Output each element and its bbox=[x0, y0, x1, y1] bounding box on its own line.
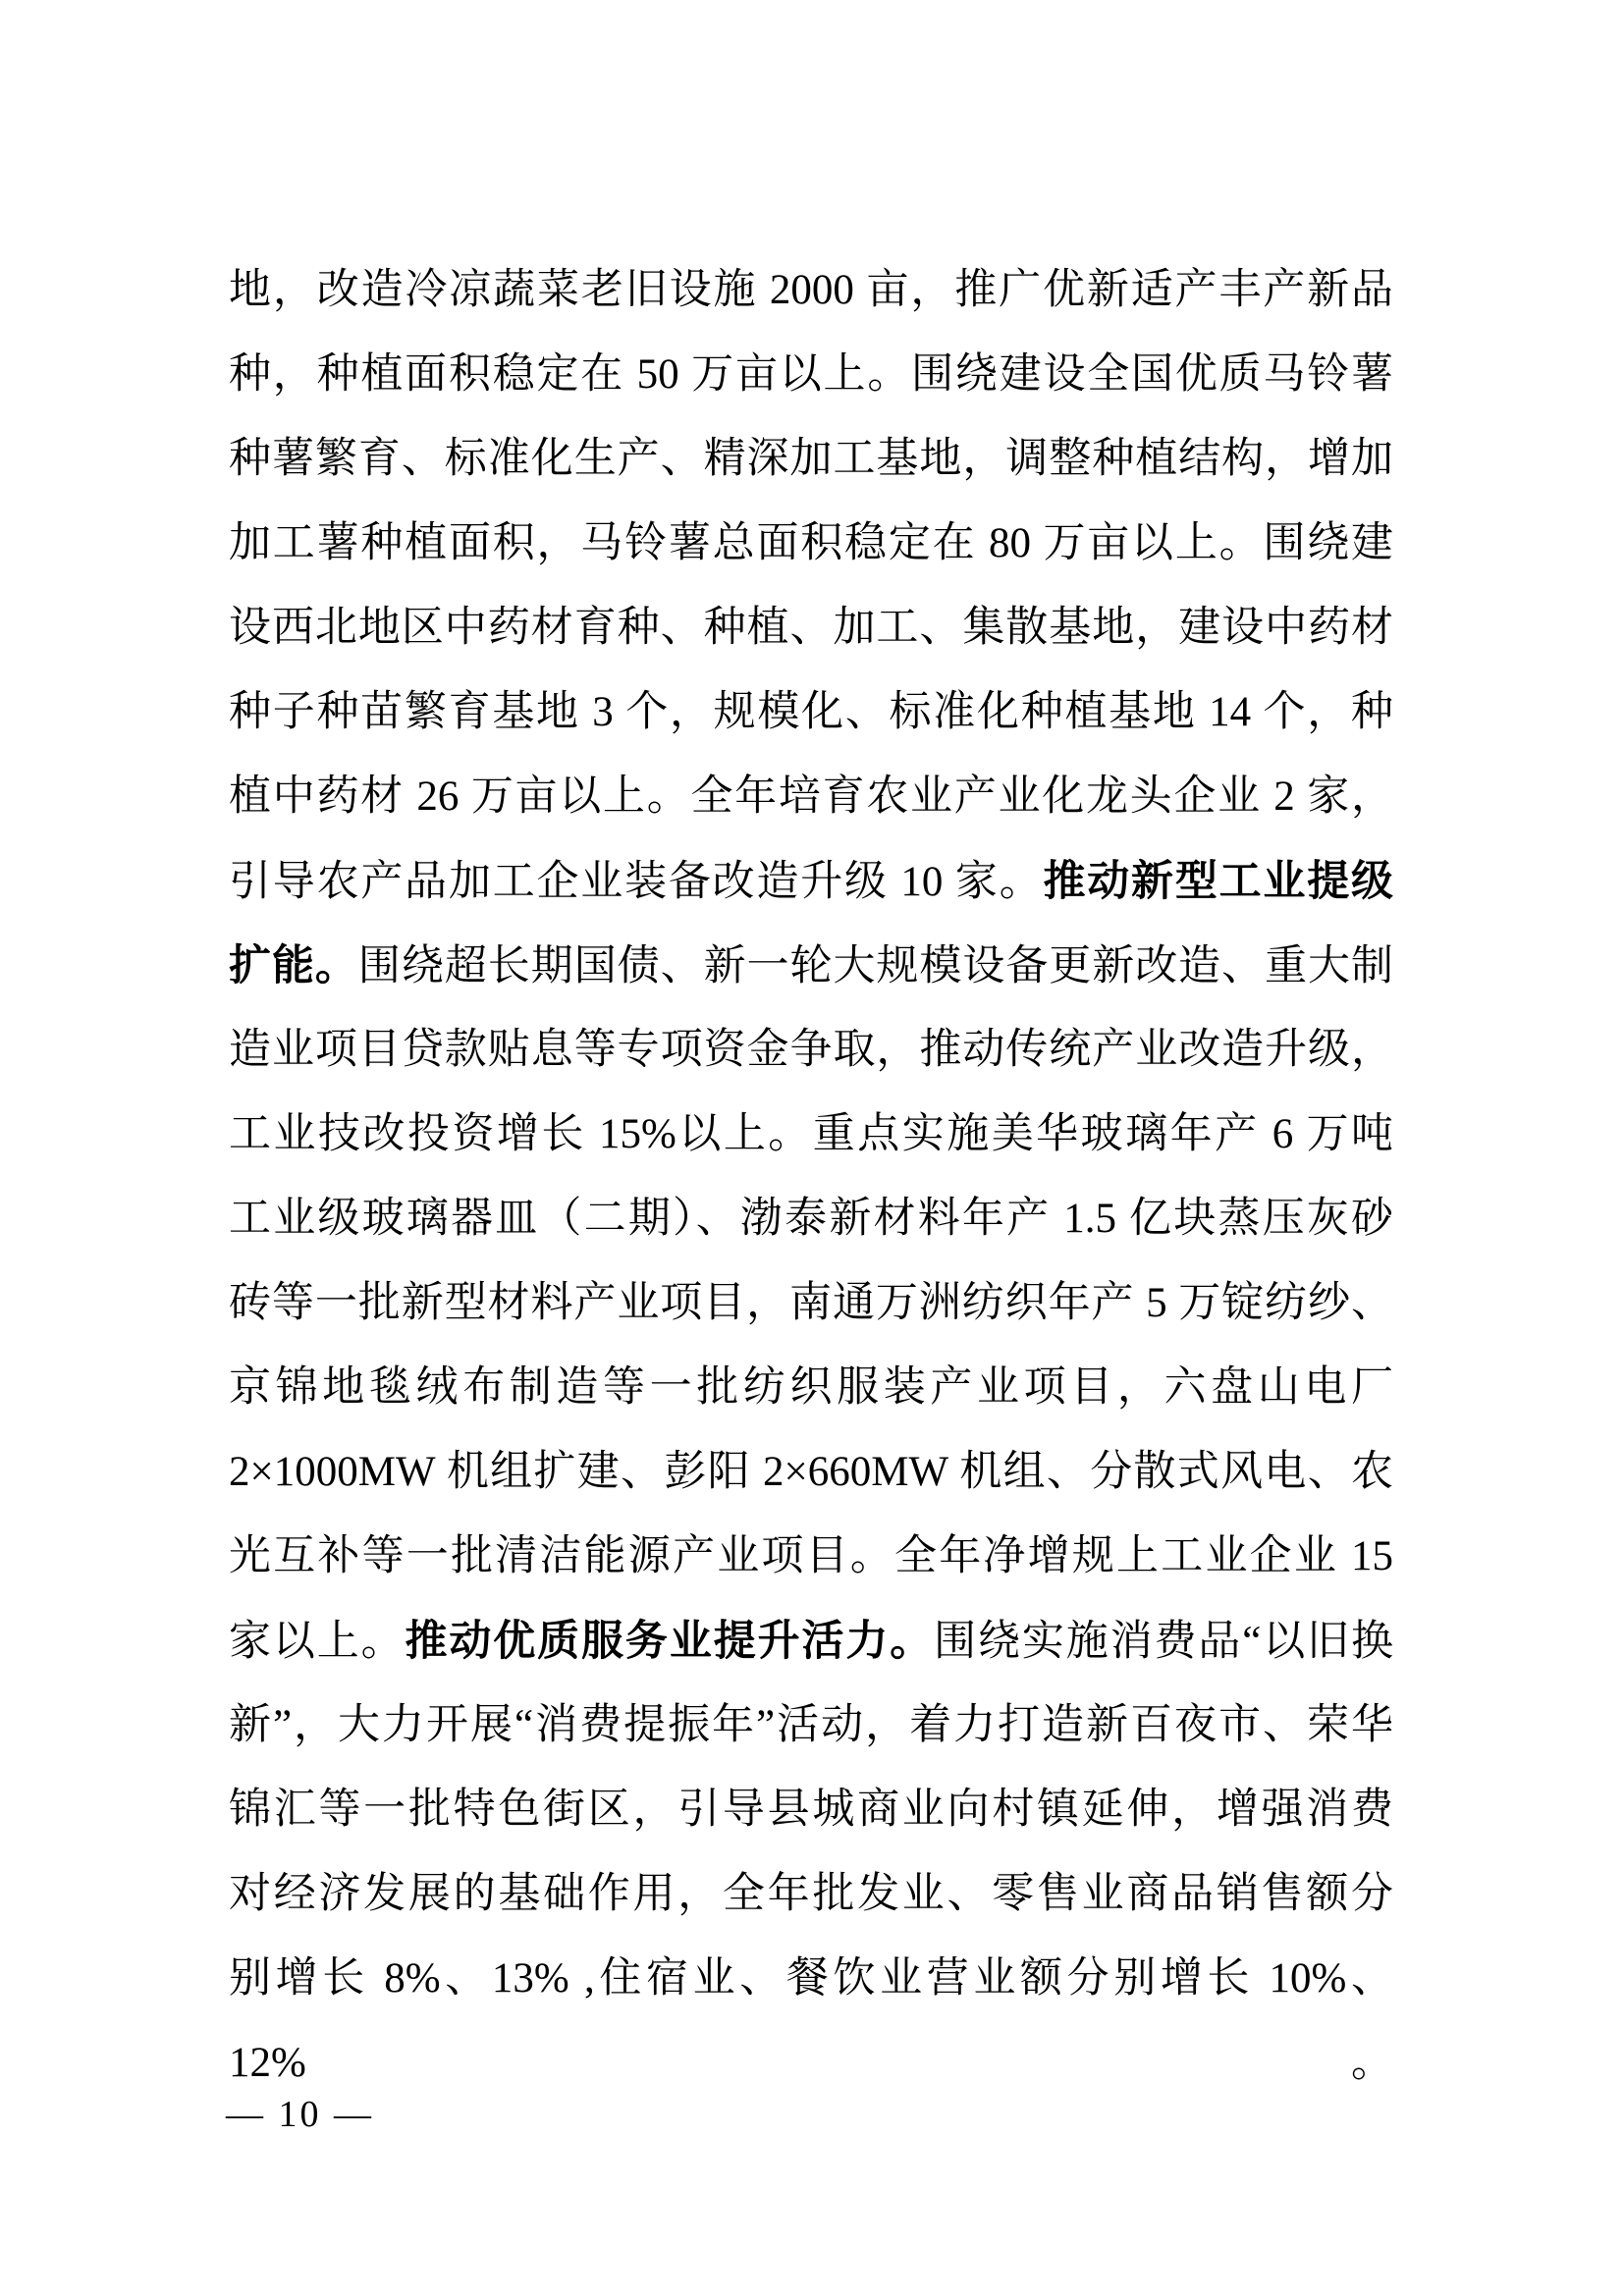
text-run: 种薯繁育、标准化生产、精深加工基地，调整种植结构，增加 bbox=[229, 436, 1393, 482]
text-run: 地，改造冷凉蔬菜老旧设施 2000 亩，推广优新适产丰产新品 bbox=[229, 267, 1393, 313]
text-line: 锦汇等一批特色街区，引导县城商业向村镇延伸，增强消费 bbox=[229, 1768, 1393, 1852]
text-line: 植中药材 26 万亩以上。全年培育农业产业化龙头企业 2 家， bbox=[229, 755, 1393, 839]
text-line: 引导农产品加工企业装备改造升级 10 家。推动新型工业提级 bbox=[229, 839, 1393, 924]
text-line: 工业技改投资增长 15%以上。重点实施美华玻璃年产 6 万吨 bbox=[229, 1093, 1393, 1177]
text-line: 家以上。推动优质服务业提升活力。围绕实施消费品“以旧换 bbox=[229, 1599, 1393, 1683]
text-line: 对经济发展的基础作用，全年批发业、零售业商品销售额分 bbox=[229, 1852, 1393, 1937]
bold-text-run: 推动优质服务业提升活力。 bbox=[406, 1618, 935, 1665]
body-text: 地，改造冷凉蔬菜老旧设施 2000 亩，推广优新适产丰产新品种，种植面积稳定在 … bbox=[229, 248, 1393, 2021]
bold-text-run: 推动新型工业提级 bbox=[1043, 858, 1393, 905]
text-run: 种子种苗繁育基地 3 个，规模化、标准化种植基地 14 个，种 bbox=[229, 689, 1393, 735]
text-run: 设西北地区中药材育种、种植、加工、集散基地，建设中药材 bbox=[229, 605, 1393, 651]
text-line: 种子种苗繁育基地 3 个，规模化、标准化种植基地 14 个，种 bbox=[229, 670, 1393, 755]
text-run: 别增长 8%、13% ,住宿业、餐饮业营业额分别增长 10%、12%。 bbox=[229, 1955, 1393, 2086]
text-run: 2×1000MW 机组扩建、彭阳 2×660MW 机组、分散式风电、农 bbox=[229, 1449, 1393, 1495]
text-run: 围绕实施消费品“以旧换 bbox=[934, 1619, 1393, 1665]
page-number: — 10 — bbox=[226, 2093, 374, 2136]
text-line: 2×1000MW 机组扩建、彭阳 2×660MW 机组、分散式风电、农 bbox=[229, 1430, 1393, 1515]
text-line: 工业级玻璃器皿（二期）、渤泰新材料年产 1.5 亿块蒸压灰砂 bbox=[229, 1177, 1393, 1261]
page-footer: — 10 — bbox=[226, 2085, 374, 2144]
text-line: 新”，大力开展“消费提振年”活动，着力打造新百夜市、荣华 bbox=[229, 1683, 1393, 1768]
text-line: 京锦地毯绒布制造等一批纺织服装产业项目，六盘山电厂 bbox=[229, 1346, 1393, 1430]
text-run: 新”，大力开展“消费提振年”活动，着力打造新百夜市、荣华 bbox=[229, 1702, 1393, 1748]
text-run: 工业级玻璃器皿（二期）、渤泰新材料年产 1.5 亿块蒸压灰砂 bbox=[229, 1196, 1393, 1242]
text-run: 造业项目贷款贴息等专项资金争取，推动传统产业改造升级， bbox=[229, 1027, 1393, 1073]
document-page: 地，改造冷凉蔬菜老旧设施 2000 亩，推广优新适产丰产新品种，种植面积稳定在 … bbox=[0, 0, 1623, 2296]
text-run: 种，种植面积稳定在 50 万亩以上。围绕建设全国优质马铃薯 bbox=[229, 351, 1393, 398]
text-line: 加工薯种植面积，马铃薯总面积稳定在 80 万亩以上。围绕建 bbox=[229, 502, 1393, 586]
text-line: 扩能。围绕超长期国债、新一轮大规模设备更新改造、重大制 bbox=[229, 924, 1393, 1008]
text-run: 家以上。 bbox=[229, 1619, 406, 1665]
text-run: 光互补等一批清洁能源产业项目。全年净增规上工业企业 15 bbox=[229, 1533, 1393, 1579]
text-run: 引导农产品加工企业装备改造升级 10 家。 bbox=[229, 859, 1043, 905]
text-line: 造业项目贷款贴息等专项资金争取，推动传统产业改造升级， bbox=[229, 1008, 1393, 1093]
text-line: 光互补等一批清洁能源产业项目。全年净增规上工业企业 15 bbox=[229, 1515, 1393, 1599]
text-run: 砖等一批新型材料产业项目，南通万洲纺织年产 5 万锭纺纱、 bbox=[229, 1280, 1393, 1326]
text-run: 植中药材 26 万亩以上。全年培育农业产业化龙头企业 2 家， bbox=[229, 774, 1393, 820]
bold-text-run: 扩能。 bbox=[229, 942, 358, 989]
text-run: 锦汇等一批特色街区，引导县城商业向村镇延伸，增强消费 bbox=[229, 1787, 1393, 1833]
text-line: 砖等一批新型材料产业项目，南通万洲纺织年产 5 万锭纺纱、 bbox=[229, 1261, 1393, 1346]
text-run: 工业技改投资增长 15%以上。重点实施美华玻璃年产 6 万吨 bbox=[229, 1111, 1393, 1157]
text-run: 对经济发展的基础作用，全年批发业、零售业商品销售额分 bbox=[229, 1871, 1393, 1917]
text-line: 种薯繁育、标准化生产、精深加工基地，调整种植结构，增加 bbox=[229, 417, 1393, 502]
text-line: 地，改造冷凉蔬菜老旧设施 2000 亩，推广优新适产丰产新品 bbox=[229, 248, 1393, 333]
text-line: 种，种植面积稳定在 50 万亩以上。围绕建设全国优质马铃薯 bbox=[229, 333, 1393, 417]
text-run: 围绕超长期国债、新一轮大规模设备更新改造、重大制 bbox=[358, 943, 1393, 989]
text-line: 别增长 8%、13% ,住宿业、餐饮业营业额分别增长 10%、12%。 bbox=[229, 1937, 1393, 2021]
text-line: 设西北地区中药材育种、种植、加工、集散基地，建设中药材 bbox=[229, 586, 1393, 670]
text-run: 京锦地毯绒布制造等一批纺织服装产业项目，六盘山电厂 bbox=[229, 1364, 1393, 1411]
text-run: 加工薯种植面积，马铃薯总面积稳定在 80 万亩以上。围绕建 bbox=[229, 520, 1393, 566]
